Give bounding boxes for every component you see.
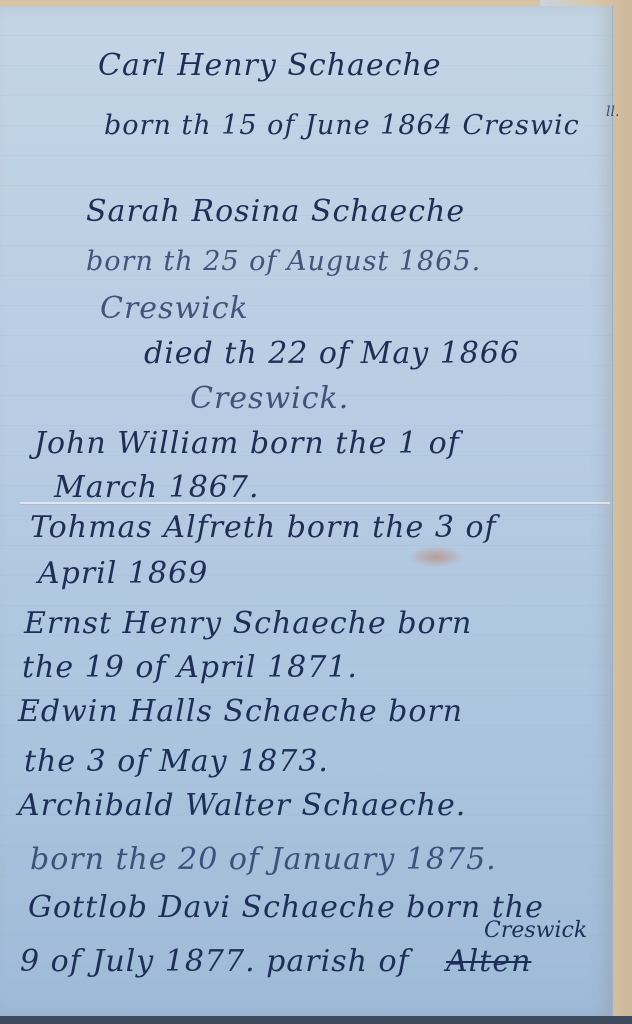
entry-1-name: Carl Henry Schaeche xyxy=(98,48,442,83)
entry-7-name: Archibald Walter Schaeche. xyxy=(18,788,466,823)
entry-7-date: born the 20 of January 1875. xyxy=(30,842,497,877)
struck-out-word: Alten xyxy=(446,944,531,979)
entry-5-date: the 19 of April 1871. xyxy=(22,650,358,685)
entry-2-death: died th 22 of May 1866 xyxy=(144,336,520,371)
entry-3-date: March 1867. xyxy=(54,470,260,505)
entry-2-birthplace: Creswick xyxy=(100,291,249,326)
entry-2-deathplace: Creswick. xyxy=(190,381,349,416)
entry-8-date: 9 of July 1877. parish of xyxy=(20,944,410,979)
entry-1-birth: born th 15 of June 1864 Creswic xyxy=(104,110,580,141)
inserted-place-name: Creswick xyxy=(484,918,587,943)
rust-stain xyxy=(408,546,464,568)
entry-4-name: Tohmas Alfreth born the 3 of xyxy=(30,510,497,545)
entry-6-name: Edwin Halls Schaeche born xyxy=(18,694,463,729)
entry-4-date: April 1869 xyxy=(38,556,208,591)
entry-2-birth: born th 25 of August 1865. xyxy=(86,246,481,277)
margin-annotation: ll. xyxy=(606,104,619,120)
entry-6-date: the 3 of May 1873. xyxy=(24,744,329,779)
bottom-binding-edge xyxy=(0,1016,632,1024)
entry-3-name: John William born the 1 of xyxy=(34,426,460,461)
entry-8-name: Gottlob Davi Schaeche born the xyxy=(28,890,544,925)
entry-5-name: Ernst Henry Schaeche born xyxy=(24,606,472,641)
document-page: Carl Henry Schaeche born th 15 of June 1… xyxy=(0,6,613,1016)
entry-2-name: Sarah Rosina Schaeche xyxy=(86,194,465,229)
